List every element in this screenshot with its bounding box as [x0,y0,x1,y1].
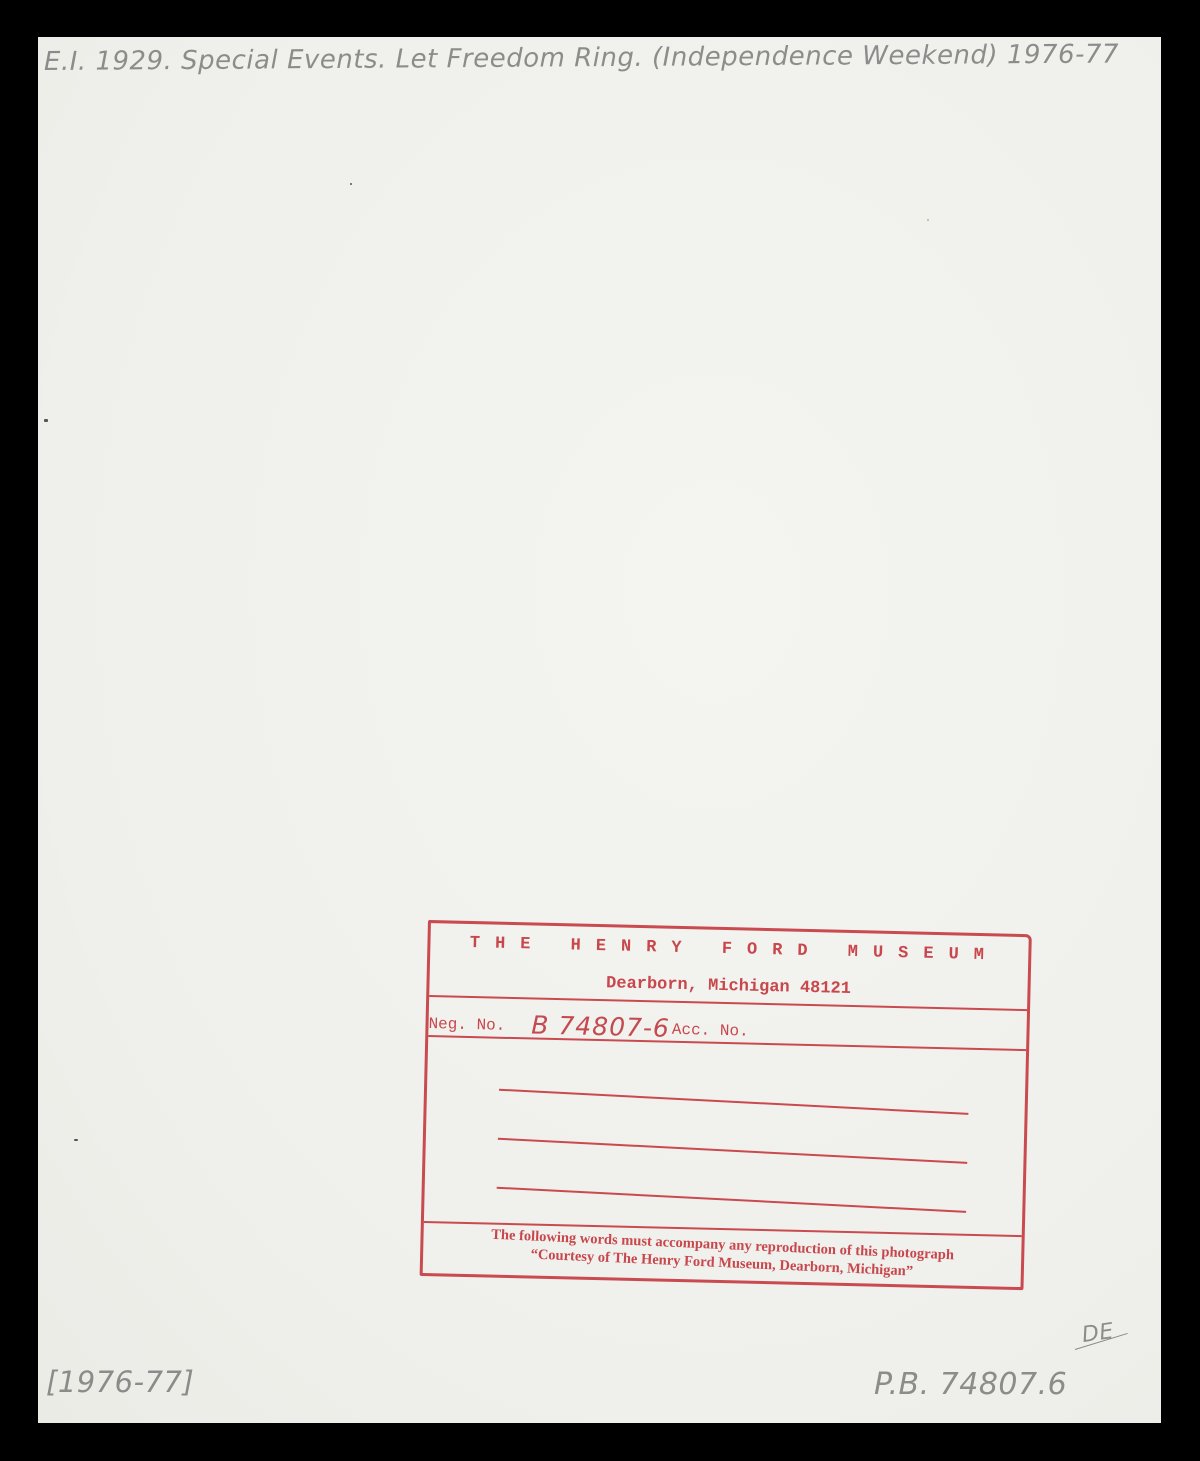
photo-back-paper: E.I. 1929. Special Events. Let Freedom R… [38,37,1161,1423]
stamp-title: THE HENRY FORD MUSEUM [430,933,1028,966]
stamp-neg-row: Neg. No.B 74807-6Acc. No. [428,1008,1027,1051]
museum-stamp: THE HENRY FORD MUSEUM Dearborn, Michigan… [420,920,1032,1290]
acc-no-label: Acc. No. [672,1021,749,1041]
pencil-note-date: [1976-77] [46,1365,194,1399]
stamp-blank-line [499,1089,968,1115]
pencil-note-title: E.I. 1929. Special Events. Let Freedom R… [44,39,1119,77]
neg-no-label: Neg. No. [428,1015,505,1035]
stamp-blank-line [497,1187,966,1213]
paper-speck [350,183,352,185]
stamp-blank-line [498,1138,967,1164]
paper-speck [927,219,929,221]
pencil-note-initials: DE [1080,1319,1115,1348]
paper-speck [44,419,48,422]
pencil-note-pb-number: P.B. 74807.6 [874,1367,1067,1402]
paper-speck [74,1139,78,1141]
